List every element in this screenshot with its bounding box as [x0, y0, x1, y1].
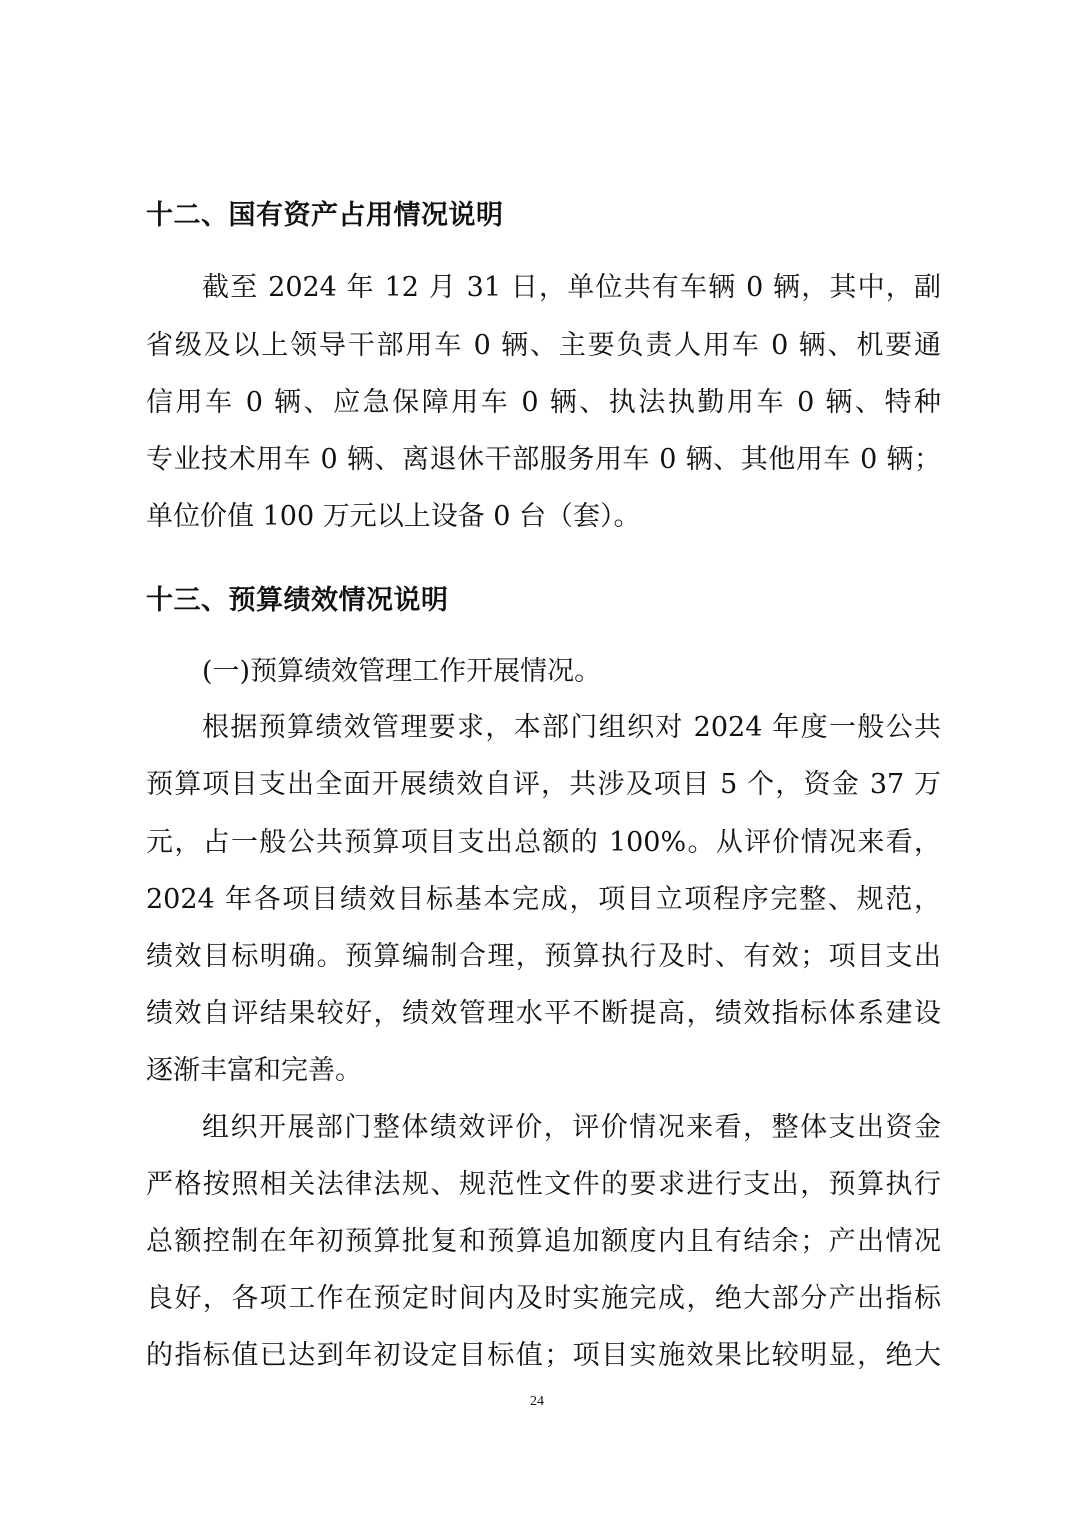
paragraph-line: 逐渐丰富和完善。 — [146, 1056, 941, 1086]
page-number: 24 — [0, 1394, 1074, 1410]
paragraph-line: 的指标值已达到年初设定目标值；项目实施效果比较明显，绝大 — [146, 1341, 941, 1371]
paragraph-line: 单位价值 100 万元以上设备 0 台（套）。 — [146, 502, 941, 532]
paragraph-line: 省级及以上领导干部用车 0 辆、主要负责人用车 0 辆、机要通 — [146, 331, 941, 361]
paragraph-line: 预算项目支出全面开展绩效自评，共涉及项目 5 个，资金 37 万 — [146, 770, 941, 800]
section-heading-13: 十三、预算绩效情况说明 — [146, 578, 449, 617]
section-heading-12: 十二、国有资产占用情况说明 — [146, 193, 504, 232]
paragraph-line: 截至 2024 年 12 月 31 日，单位共有车辆 0 辆，其中，副 — [202, 273, 941, 303]
paragraph-line: 绩效自评结果较好，绩效管理水平不断提高，绩效指标体系建设 — [146, 999, 941, 1029]
paragraph-line: 绩效目标明确。预算编制合理，预算执行及时、有效；项目支出 — [146, 942, 941, 972]
paragraph-line: 专业技术用车 0 辆、离退休干部服务用车 0 辆、其他用车 0 辆； — [146, 445, 941, 475]
paragraph-line: 良好，各项工作在预定时间内及时实施完成，绝大部分产出指标 — [146, 1284, 941, 1314]
document-page: 十二、国有资产占用情况说明 截至 2024 年 12 月 31 日，单位共有车辆… — [0, 0, 1074, 1520]
paragraph-line: 信用车 0 辆、应急保障用车 0 辆、执法执勤用车 0 辆、特种 — [146, 388, 941, 418]
paragraph-line: 组织开展部门整体绩效评价，评价情况来看，整体支出资金 — [202, 1113, 941, 1143]
paragraph-line: 元，占一般公共预算项目支出总额的 100%。从评价情况来看， — [146, 828, 941, 858]
subheading-line: (一)预算绩效管理工作开展情况。 — [202, 657, 941, 687]
paragraph-line: 严格按照相关法律法规、规范性文件的要求进行支出，预算执行 — [146, 1170, 941, 1200]
paragraph-line: 总额控制在年初预算批复和预算追加额度内且有结余；产出情况 — [146, 1227, 941, 1257]
paragraph-line: 根据预算绩效管理要求，本部门组织对 2024 年度一般公共 — [202, 713, 941, 743]
paragraph-line: 2024 年各项目绩效目标基本完成，项目立项程序完整、规范， — [146, 885, 941, 915]
